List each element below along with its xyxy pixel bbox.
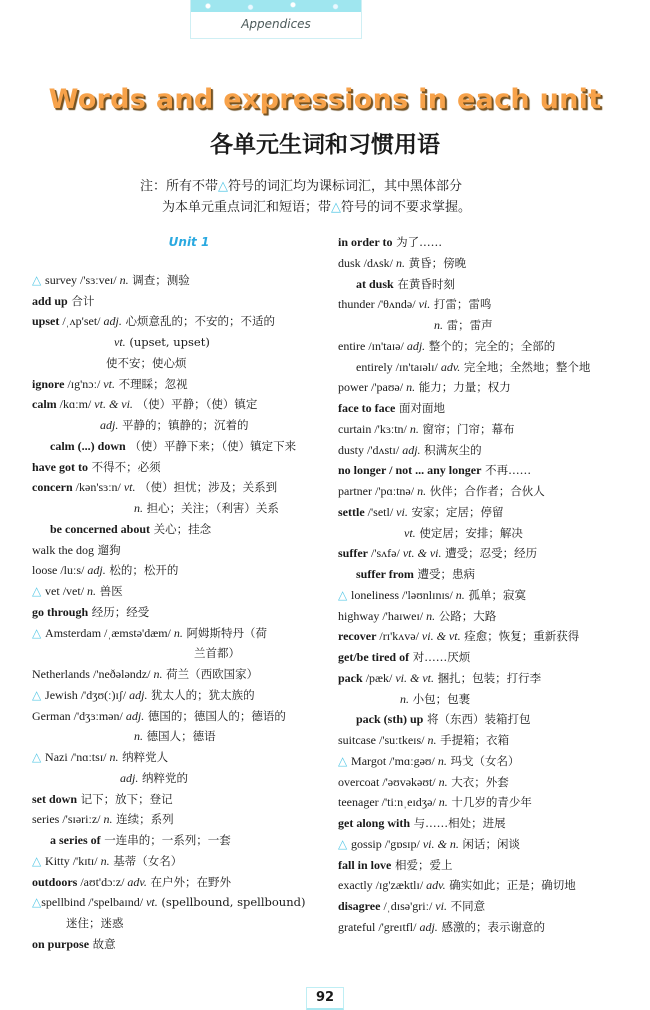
- definition: 闲话；闲谈: [459, 837, 520, 851]
- phonetic: /luːs/: [57, 563, 87, 577]
- definition: 手提箱；衣箱: [437, 733, 510, 747]
- definition: 使定居；安排；解决: [416, 526, 523, 540]
- phonetic: /dʌsk/: [361, 256, 396, 270]
- vocab-word: add up: [32, 294, 68, 308]
- part-of-speech: n.: [134, 501, 143, 515]
- phonetic: /'kɜːtn/: [371, 422, 410, 436]
- definition: 基蒂（女名）: [110, 854, 183, 868]
- vocab-entry: entire /ɪn'taɪə/ adj. 整个的；完全的；全部的: [338, 336, 638, 357]
- triangle-icon: △: [218, 179, 228, 194]
- definition: 整个的；完全的；全部的: [425, 339, 555, 353]
- part-of-speech: adj.: [407, 339, 425, 353]
- note-text: 注：所有不带: [140, 179, 218, 194]
- phonetic: /'sɜːveɪ/: [77, 273, 120, 287]
- vocab-word: on purpose: [32, 937, 89, 951]
- vocab-word: go through: [32, 605, 88, 619]
- definition: （使）平静；（使）镇定: [133, 397, 257, 411]
- vocab-entry: pack (sth) up 将（东西）装箱打包: [338, 709, 638, 730]
- phonetic: /ɪg'nɔː/: [64, 377, 103, 391]
- phonetic: /kɑːm/: [57, 397, 95, 411]
- triangle-icon: △: [32, 273, 45, 287]
- definition: 感激的；表示谢意的: [438, 920, 545, 934]
- vocab-entry: teenager /'tiːnˌeɪdʒə/ n. 十几岁的青少年: [338, 792, 638, 813]
- part-of-speech: vi.: [435, 899, 447, 913]
- definition: 记下；放下；登记: [77, 792, 173, 806]
- phonetic: /'kɪtɪ/: [70, 854, 101, 868]
- vocab-entry: Netherlands /'neðələndz/ n. 荷兰（西欧国家）: [32, 664, 332, 685]
- definition: 打雷；雷鸣: [430, 297, 491, 311]
- triangle-icon: △: [338, 588, 351, 602]
- part-of-speech: adj.: [402, 443, 420, 457]
- part-of-speech: adj.: [129, 688, 147, 702]
- page-number: 92: [306, 987, 344, 1010]
- vocab-word: get along with: [338, 816, 410, 830]
- phonetic: /pæk/: [363, 671, 396, 685]
- part-of-speech: n.: [400, 692, 409, 706]
- phonetic: /ˌdɪsə'griː/: [380, 899, 435, 913]
- definition: 心烦意乱的；不安的；不适的: [122, 314, 275, 328]
- phonetic: /'haɪweɪ/: [379, 609, 426, 623]
- definition: 德国人；德语: [143, 729, 216, 743]
- vocab-entry: face to face 面对面地: [338, 398, 638, 419]
- part-of-speech: n.: [426, 609, 435, 623]
- note-text: 符号的词汇均为课标词汇，其中黑体部分: [228, 179, 462, 194]
- vocab-entry: vt. (upset, upset): [32, 332, 332, 353]
- vocab-entry: △ Nazi /'nɑːtsɪ/ n. 纳粹党人: [32, 747, 332, 768]
- definition: 兽医: [96, 584, 123, 598]
- vocab-word: be concerned about: [50, 522, 150, 536]
- phonetic: /'pɑːtnə/: [372, 484, 417, 498]
- definition: 能力；力量；权力: [415, 380, 511, 394]
- vocab-word: pack: [338, 671, 363, 685]
- vocab-entry: exactly /ɪg'zæktlɪ/ adv. 确实如此；正是；确切地: [338, 875, 638, 896]
- phonetic: /'nɑːtsɪ/: [68, 750, 110, 764]
- vocab-entry: curtain /'kɜːtn/ n. 窗帘；门帘；幕布: [338, 419, 638, 440]
- vocab-word: grateful: [338, 920, 375, 934]
- vocab-entry: △ vet /vet/ n. 兽医: [32, 581, 332, 602]
- part-of-speech: vi. & n.: [423, 837, 459, 851]
- phonetic: /aʊt'dɔːz/: [77, 875, 127, 889]
- vocab-entry: adj. 纳粹党的: [32, 768, 332, 789]
- phonetic: /ɪn'taɪə/: [365, 339, 406, 353]
- phonetic: /'paʊə/: [368, 380, 406, 394]
- vocab-entry: thunder /'θʌndə/ vi. 打雷；雷鸣: [338, 294, 638, 315]
- vocab-entry: disagree /ˌdɪsə'griː/ vi. 不同意: [338, 896, 638, 917]
- definition: 面对面地: [395, 401, 445, 415]
- definition: 雷；雷声: [443, 318, 493, 332]
- part-of-speech: vt.: [404, 526, 416, 540]
- vocab-entry: suffer from 遭受；患病: [338, 564, 638, 585]
- definition: 与……相处；进展: [410, 816, 506, 830]
- part-of-speech: n.: [396, 256, 405, 270]
- vocab-entry: ignore /ɪg'nɔː/ vt. 不理睬；忽视: [32, 374, 332, 395]
- part-of-speech: vi.: [419, 297, 431, 311]
- vocab-word: teenager: [338, 795, 379, 809]
- definition: 玛戈（女名）: [447, 754, 520, 768]
- vocab-entry: get along with 与……相处；进展: [338, 813, 638, 834]
- vocab-word: Margot: [351, 754, 386, 768]
- definition: 荷兰（西欧国家）: [162, 667, 258, 681]
- unit-heading: Unit 1: [32, 232, 332, 253]
- triangle-icon: △: [338, 837, 351, 851]
- phonetic: /'əʊvəkəʊt/: [379, 775, 438, 789]
- definition: 纳粹党的: [138, 771, 188, 785]
- part-of-speech: n.: [439, 775, 448, 789]
- vocab-word: settle: [338, 505, 365, 519]
- phonetic: /ˌʌp'set/: [59, 314, 103, 328]
- phonetic: /'tiːnˌeɪdʒə/: [379, 795, 439, 809]
- vocab-entry: walk the dog 遛狗: [32, 540, 332, 561]
- vocab-entry: △spellbind /'spelbaɪnd/ vt. (spellbound,…: [32, 892, 332, 913]
- vocab-word: have got to: [32, 460, 88, 474]
- vocab-word: calm: [32, 397, 57, 411]
- part-of-speech: adj.: [126, 709, 144, 723]
- vocab-word: loose: [32, 563, 57, 577]
- vocab-entry: △ survey /'sɜːveɪ/ n. 调查；测验: [32, 270, 332, 291]
- vocab-word: recover: [338, 629, 376, 643]
- phonetic: /'mɑːgəʊ/: [386, 754, 438, 768]
- part-of-speech: vi.: [396, 505, 408, 519]
- triangle-icon: △: [338, 754, 351, 768]
- part-of-speech: n.: [101, 854, 110, 868]
- part-of-speech: adv.: [127, 875, 146, 889]
- phonetic: /'sɪəriːz/: [59, 812, 103, 826]
- vocab-word: Kitty: [45, 854, 70, 868]
- vocab-word: suffer: [338, 546, 368, 560]
- definition: 相爱；爱上: [391, 858, 452, 872]
- vocab-entry: concern /kən'sɜːn/ vt. （使）担忧；涉及；关系到: [32, 477, 332, 498]
- vocab-entry: 兰首都）: [32, 643, 332, 664]
- definition: 为了……: [392, 235, 442, 249]
- vocab-word: thunder: [338, 297, 375, 311]
- vocab-column-right: in order to 为了……dusk /dʌsk/ n. 黄昏；傍晚at d…: [338, 232, 638, 938]
- vocab-word: walk the dog: [32, 543, 94, 557]
- definition: 担心；关注；（利害）关系: [143, 501, 279, 515]
- vocab-word: fall in love: [338, 858, 391, 872]
- vocab-word: German: [32, 709, 71, 723]
- definition: 兰首都）: [194, 646, 240, 660]
- vocab-entry: partner /'pɑːtnə/ n. 伙伴；合作者；合伙人: [338, 481, 638, 502]
- part-of-speech: n.: [439, 795, 448, 809]
- vocab-entry: n. 小包；包裹: [338, 689, 638, 710]
- vocab-word: in order to: [338, 235, 392, 249]
- part-of-speech: n.: [438, 754, 447, 768]
- vocab-word: get/be tired of: [338, 650, 409, 664]
- vocab-word: highway: [338, 609, 379, 623]
- vocab-word: suffer from: [356, 567, 414, 581]
- triangle-icon: △: [32, 895, 41, 909]
- vocab-entry: calm (...) down （使）平静下来；（使）镇定下来: [32, 436, 332, 457]
- vocab-entry: at dusk 在黄昏时刻: [338, 274, 638, 295]
- phonetic: /kən'sɜːn/: [73, 480, 124, 494]
- vocab-entry: no longer / not ... any longer 不再……: [338, 460, 638, 481]
- definition: 小包；包裹: [409, 692, 470, 706]
- definition: 经历；经受: [88, 605, 149, 619]
- part-of-speech: n.: [87, 584, 96, 598]
- phonetic: /'gɒsɪp/: [382, 837, 423, 851]
- definition: 窗帘；门帘；幕布: [419, 422, 515, 436]
- part-of-speech: adj.: [87, 563, 105, 577]
- note-text: 为本单元重点词汇和短语；带: [162, 200, 331, 215]
- vocab-word: exactly: [338, 878, 373, 892]
- definition: 平静的；镇静的；沉着的: [118, 418, 248, 432]
- phonetic: /'dʒɜːmən/: [71, 709, 126, 723]
- vocab-word: survey: [45, 273, 77, 287]
- vocab-word: face to face: [338, 401, 395, 415]
- phonetic: /'dʌstɪ/: [364, 443, 402, 457]
- definition: 犹太人的；犹太族的: [147, 688, 254, 702]
- definition: 连续；系列: [112, 812, 173, 826]
- vocab-list-right: in order to 为了……dusk /dʌsk/ n. 黄昏；傍晚at d…: [338, 232, 638, 938]
- definition: 遛狗: [94, 543, 121, 557]
- definition: 一连串的；一系列；一套: [101, 833, 231, 847]
- vocab-entry: fall in love 相爱；爱上: [338, 855, 638, 876]
- definition: 在黄昏时刻: [394, 277, 455, 291]
- definition: 公路；大路: [435, 609, 496, 623]
- water-drops-decoration: [191, 0, 361, 12]
- definition: 大衣；外套: [448, 775, 509, 789]
- vocab-word: Netherlands: [32, 667, 90, 681]
- part-of-speech: vt.: [114, 335, 126, 349]
- definition: 对……厌烦: [409, 650, 470, 664]
- vocab-entry: go through 经历；经受: [32, 602, 332, 623]
- vocab-entry: pack /pæk/ vi. & vt. 捆扎；包装；打行李: [338, 668, 638, 689]
- vocab-word: disagree: [338, 899, 380, 913]
- definition: 阿姆斯特丹（荷: [183, 626, 267, 640]
- part-of-speech: adj.: [419, 920, 437, 934]
- definition: 故意: [89, 937, 116, 951]
- vocab-word: series: [32, 812, 59, 826]
- vocab-entry: outdoors /aʊt'dɔːz/ adv. 在户外；在野外: [32, 872, 332, 893]
- section-label: Appendices: [191, 17, 361, 31]
- vocab-word: power: [338, 380, 368, 394]
- definition: 调查；测验: [129, 273, 190, 287]
- vocab-word: curtain: [338, 422, 371, 436]
- vocab-entry: power /'paʊə/ n. 能力；力量；权力: [338, 377, 638, 398]
- phonetic: /'neðələndz/: [90, 667, 153, 681]
- vocab-word: entirely: [356, 360, 393, 374]
- vocab-entry: calm /kɑːm/ vt. & vi. （使）平静；（使）镇定: [32, 394, 332, 415]
- vocab-entry: overcoat /'əʊvəkəʊt/ n. 大衣；外套: [338, 772, 638, 793]
- definition: 黄昏；傍晚: [405, 256, 466, 270]
- triangle-icon: △: [32, 854, 45, 868]
- vocab-word: set down: [32, 792, 77, 806]
- vocab-entry: suitcase /'suːtkeɪs/ n. 手提箱；衣箱: [338, 730, 638, 751]
- definition: 伙伴；合作者；合伙人: [426, 484, 545, 498]
- part-of-speech: vi. & vt.: [422, 629, 461, 643]
- definition: 遭受；忍受；经历: [441, 546, 537, 560]
- phonetic: /'setl/: [365, 505, 397, 519]
- vocab-entry: △ Amsterdam /ˌæmstə'dæm/ n. 阿姆斯特丹（荷: [32, 623, 332, 644]
- part-of-speech: n.: [174, 626, 183, 640]
- vocab-entry: settle /'setl/ vi. 安家；定居；停留: [338, 502, 638, 523]
- part-of-speech: vt.: [103, 377, 115, 391]
- definition: 不得不；必须: [88, 460, 161, 474]
- definition: 捆扎；包装；打行李: [434, 671, 541, 685]
- vocab-entry: set down 记下；放下；登记: [32, 789, 332, 810]
- vocab-entry: △ gossip /'gɒsɪp/ vi. & n. 闲话；闲谈: [338, 834, 638, 855]
- vocab-entry: get/be tired of 对……厌烦: [338, 647, 638, 668]
- phonetic: /'θʌndə/: [375, 297, 419, 311]
- part-of-speech: n.: [456, 588, 465, 602]
- part-of-speech: vt. & vi.: [403, 546, 442, 560]
- vocab-entry: upset /ˌʌp'set/ adj. 心烦意乱的；不安的；不适的: [32, 311, 332, 332]
- vocab-word: overcoat: [338, 775, 379, 789]
- part-of-speech: vt. & vi.: [94, 397, 133, 411]
- definition: (upset, upset): [126, 335, 210, 349]
- section-header-band: Appendices: [190, 0, 362, 39]
- part-of-speech: vi. & vt.: [395, 671, 434, 685]
- phonetic: /'dʒʊ(ː)ɪʃ/: [78, 688, 129, 702]
- vocab-entry: 迷住；迷惑: [32, 913, 332, 934]
- vocab-entry: on purpose 故意: [32, 934, 332, 955]
- part-of-speech: n.: [434, 318, 443, 332]
- vocab-word: outdoors: [32, 875, 77, 889]
- vocab-word: Nazi: [45, 750, 68, 764]
- vocab-word: a series of: [50, 833, 101, 847]
- phonetic: /vet/: [60, 584, 87, 598]
- triangle-icon: △: [32, 626, 45, 640]
- definition: (spellbound, spellbound): [158, 895, 306, 909]
- definition: 合计: [68, 294, 95, 308]
- vocab-entry: grateful /'greɪtfl/ adj. 感激的；表示谢意的: [338, 917, 638, 938]
- vocab-word: dusk: [338, 256, 361, 270]
- part-of-speech: adj.: [100, 418, 118, 432]
- vocab-entry: loose /luːs/ adj. 松的；松开的: [32, 560, 332, 581]
- phonetic: /rɪ'kʌvə/: [376, 629, 422, 643]
- vocab-word: spellbind: [41, 895, 85, 909]
- phonetic: /'greɪtfl/: [375, 920, 419, 934]
- vocab-entry: dusk /dʌsk/ n. 黄昏；傍晚: [338, 253, 638, 274]
- note-line-1: 注：所有不带△符号的词汇均为课标词汇，其中黑体部分: [140, 176, 540, 197]
- definition: 纳粹党人: [118, 750, 168, 764]
- note-text: 符号的词不要求掌握。: [341, 200, 471, 215]
- vocab-entry: a series of 一连串的；一系列；一套: [32, 830, 332, 851]
- phonetic: /ɪg'zæktlɪ/: [373, 878, 427, 892]
- definition: 不同意: [447, 899, 485, 913]
- vocab-entry: entirely /ɪn'taɪəlɪ/ adv. 完全地；全然地；整个地: [338, 357, 638, 378]
- part-of-speech: vt.: [124, 480, 136, 494]
- vocab-entry: △ loneliness /'ləʊnlɪnɪs/ n. 孤单；寂寞: [338, 585, 638, 606]
- vocab-column-left: Unit 1 △ survey /'sɜːveɪ/ n. 调查；测验add up…: [32, 232, 332, 955]
- phonetic: /ˌæmstə'dæm/: [101, 626, 174, 640]
- triangle-icon: △: [32, 750, 45, 764]
- vocab-list-left: △ survey /'sɜːveɪ/ n. 调查；测验add up 合计upse…: [32, 270, 332, 955]
- phonetic: /'spelbaɪnd/: [85, 895, 146, 909]
- vocab-entry: suffer /'sʌfə/ vt. & vi. 遭受；忍受；经历: [338, 543, 638, 564]
- phonetic: /'ləʊnlɪnɪs/: [399, 588, 456, 602]
- vocab-word: pack (sth) up: [356, 712, 423, 726]
- vocab-word: gossip: [351, 837, 382, 851]
- definition: 在户外；在野外: [147, 875, 231, 889]
- part-of-speech: n.: [417, 484, 426, 498]
- vocab-entry: in order to 为了……: [338, 232, 638, 253]
- part-of-speech: n.: [406, 380, 415, 394]
- vocab-entry: n. 担心；关注；（利害）关系: [32, 498, 332, 519]
- vocab-word: partner: [338, 484, 372, 498]
- phonetic: /ɪn'taɪəlɪ/: [393, 360, 441, 374]
- definition: 德国的；德国人的；德语的: [144, 709, 286, 723]
- definition: （使）担忧；涉及；关系到: [136, 480, 278, 494]
- vocab-word: entire: [338, 339, 365, 353]
- phonetic: /'sʌfə/: [368, 546, 403, 560]
- definition: 十几岁的青少年: [448, 795, 532, 809]
- page-title-chinese: 各单元生词和习惯用语: [0, 126, 650, 159]
- part-of-speech: n.: [120, 273, 129, 287]
- definition: 积满灰尘的: [421, 443, 482, 457]
- part-of-speech: n.: [134, 729, 143, 743]
- vocab-word: concern: [32, 480, 73, 494]
- phonetic: /'suːtkeɪs/: [376, 733, 428, 747]
- vocab-entry: German /'dʒɜːmən/ adj. 德国的；德国人的；德语的: [32, 706, 332, 727]
- definition: 使不安；使心烦: [106, 356, 187, 370]
- vocab-entry: n. 雷；雷声: [338, 315, 638, 336]
- part-of-speech: adj.: [104, 314, 122, 328]
- vocab-word: dusty: [338, 443, 364, 457]
- part-of-speech: n.: [410, 422, 419, 436]
- part-of-speech: adv.: [441, 360, 460, 374]
- definition: 完全地；全然地；整个地: [460, 360, 590, 374]
- vocab-entry: n. 德国人；德语: [32, 726, 332, 747]
- vocab-entry: recover /rɪ'kʌvə/ vi. & vt. 痊愈；恢复；重新获得: [338, 626, 638, 647]
- vocab-word: loneliness: [351, 588, 399, 602]
- triangle-icon: △: [32, 584, 45, 598]
- definition: （使）平静下来；（使）镇定下来: [126, 439, 296, 453]
- definition: 安家；定居；停留: [408, 505, 504, 519]
- vocab-entry: vt. 使定居；安排；解决: [338, 523, 638, 544]
- vocab-word: Jewish: [45, 688, 78, 702]
- vocab-word: Amsterdam: [45, 626, 101, 640]
- definition: 遭受；患病: [414, 567, 475, 581]
- page-title-english: Words and expressions in each unit: [0, 84, 650, 115]
- triangle-icon: △: [32, 688, 45, 702]
- vocab-word: no longer / not ... any longer: [338, 463, 481, 477]
- vocab-word: at dusk: [356, 277, 394, 291]
- definition: 松的；松开的: [106, 563, 179, 577]
- vocab-entry: highway /'haɪweɪ/ n. 公路；大路: [338, 606, 638, 627]
- vocab-entry: dusty /'dʌstɪ/ adj. 积满灰尘的: [338, 440, 638, 461]
- vocab-word: suitcase: [338, 733, 376, 747]
- vocab-entry: have got to 不得不；必须: [32, 457, 332, 478]
- vocab-entry: △ Margot /'mɑːgəʊ/ n. 玛戈（女名）: [338, 751, 638, 772]
- vocab-entry: 使不安；使心烦: [32, 353, 332, 374]
- definition: 将（东西）装箱打包: [423, 712, 530, 726]
- vocab-word: calm (...) down: [50, 439, 126, 453]
- definition: 迷住；迷惑: [66, 916, 124, 930]
- note-line-2: 为本单元重点词汇和短语；带△符号的词不要求掌握。: [140, 197, 540, 218]
- vocab-entry: add up 合计: [32, 291, 332, 312]
- vocab-entry: be concerned about 关心；挂念: [32, 519, 332, 540]
- vocab-entry: series /'sɪəriːz/ n. 连续；系列: [32, 809, 332, 830]
- definition: 痊愈；恢复；重新获得: [461, 629, 580, 643]
- part-of-speech: adj.: [120, 771, 138, 785]
- definition: 关心；挂念: [150, 522, 211, 536]
- part-of-speech: adv.: [426, 878, 445, 892]
- vocab-word: upset: [32, 314, 59, 328]
- part-of-speech: vt.: [146, 895, 158, 909]
- part-of-speech: n.: [428, 733, 437, 747]
- vocab-entry: adj. 平静的；镇静的；沉着的: [32, 415, 332, 436]
- definition: 不理睬；忽视: [115, 377, 188, 391]
- triangle-icon: △: [331, 200, 341, 215]
- vocab-word: ignore: [32, 377, 64, 391]
- vocab-entry: △ Jewish /'dʒʊ(ː)ɪʃ/ adj. 犹太人的；犹太族的: [32, 685, 332, 706]
- definition: 确实如此；正是；确切地: [446, 878, 576, 892]
- usage-note: 注：所有不带△符号的词汇均为课标词汇，其中黑体部分 为本单元重点词汇和短语；带△…: [140, 176, 540, 218]
- definition: 不再……: [481, 463, 531, 477]
- vocab-word: vet: [45, 584, 60, 598]
- definition: 孤单；寂寞: [465, 588, 526, 602]
